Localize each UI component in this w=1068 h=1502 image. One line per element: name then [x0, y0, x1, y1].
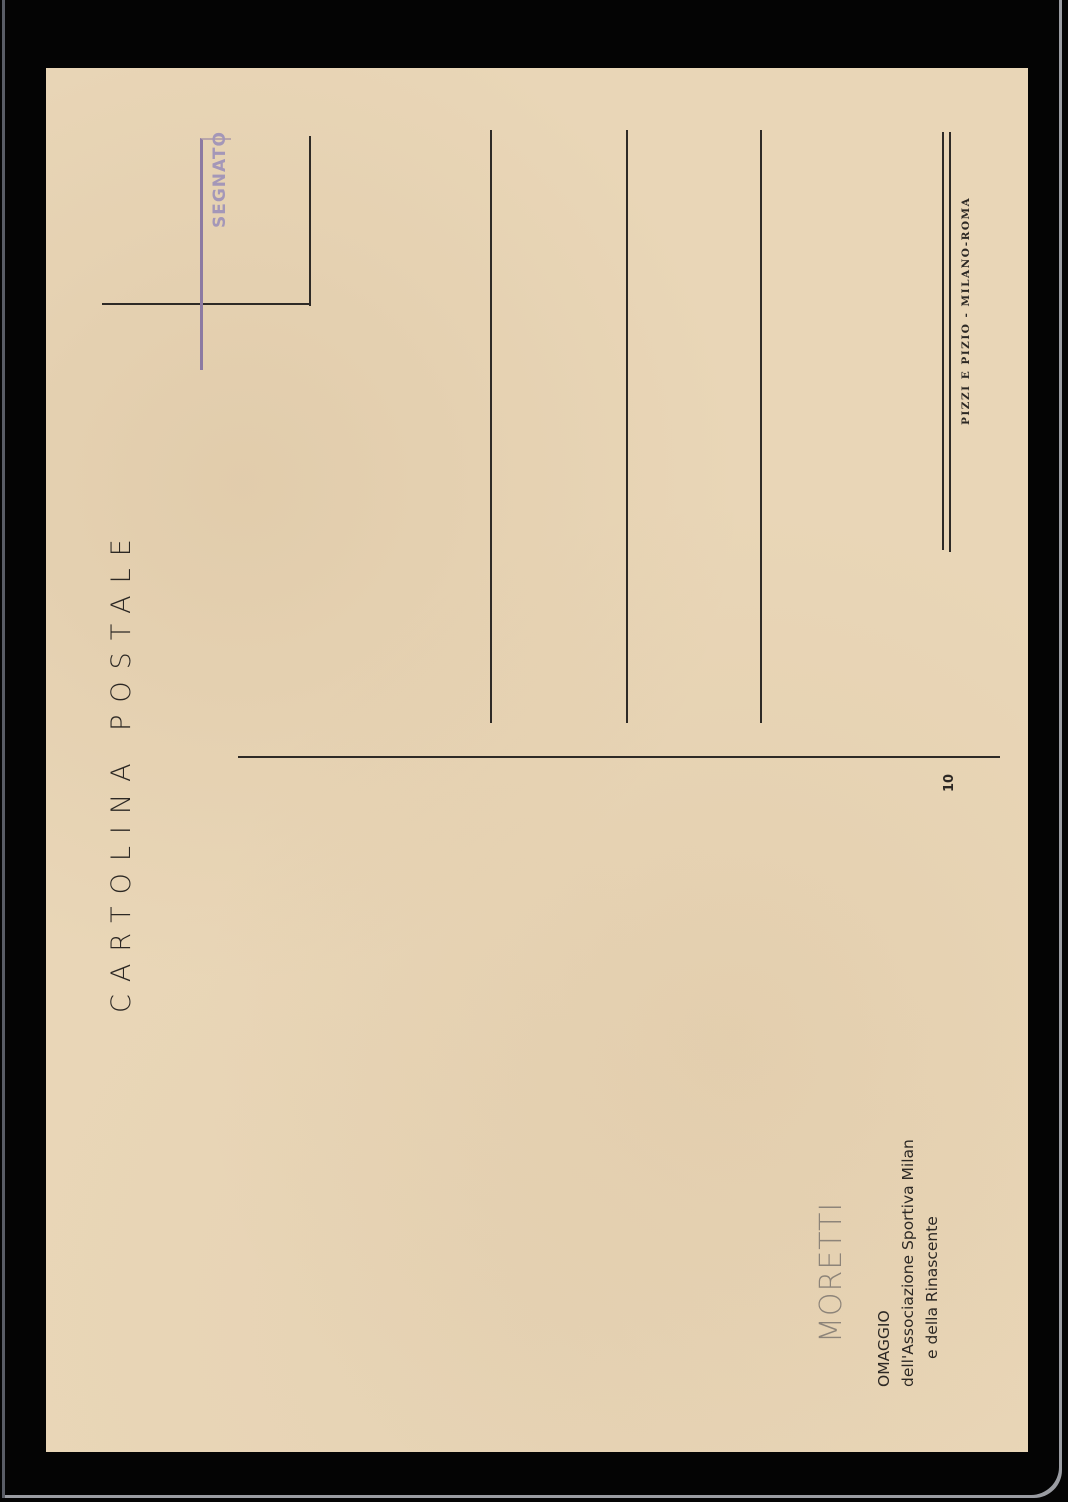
- postcard-title: CARTOLINA POSTALE: [106, 527, 137, 1013]
- postcard-back: SEGNATO CARTOLINA POSTALE PIZZI E PIZIO …: [46, 68, 1028, 1452]
- dedication-line-1: OMAGGIO: [872, 1139, 896, 1387]
- stamp-mark-text: SEGNATO: [210, 131, 230, 228]
- card-number: 10: [942, 774, 957, 792]
- handwritten-name: MORETTI: [814, 1202, 849, 1343]
- stamp-box-right-line: [309, 136, 311, 306]
- printer-rule-1: [942, 132, 944, 550]
- address-line-1: [490, 130, 492, 723]
- dedication-block: OMAGGIO dell'Associazione Sportiva Milan…: [872, 1139, 944, 1387]
- printer-imprint: PIZZI E PIZIO - MILANO-ROMA: [960, 197, 972, 425]
- dedication-line-3: e della Rinascente: [920, 1139, 944, 1387]
- center-divider-line: [238, 756, 1000, 758]
- printer-rule-2: [949, 132, 951, 552]
- address-line-3: [760, 130, 762, 723]
- address-line-2: [626, 130, 628, 723]
- dedication-line-2: dell'Associazione Sportiva Milan: [896, 1139, 920, 1387]
